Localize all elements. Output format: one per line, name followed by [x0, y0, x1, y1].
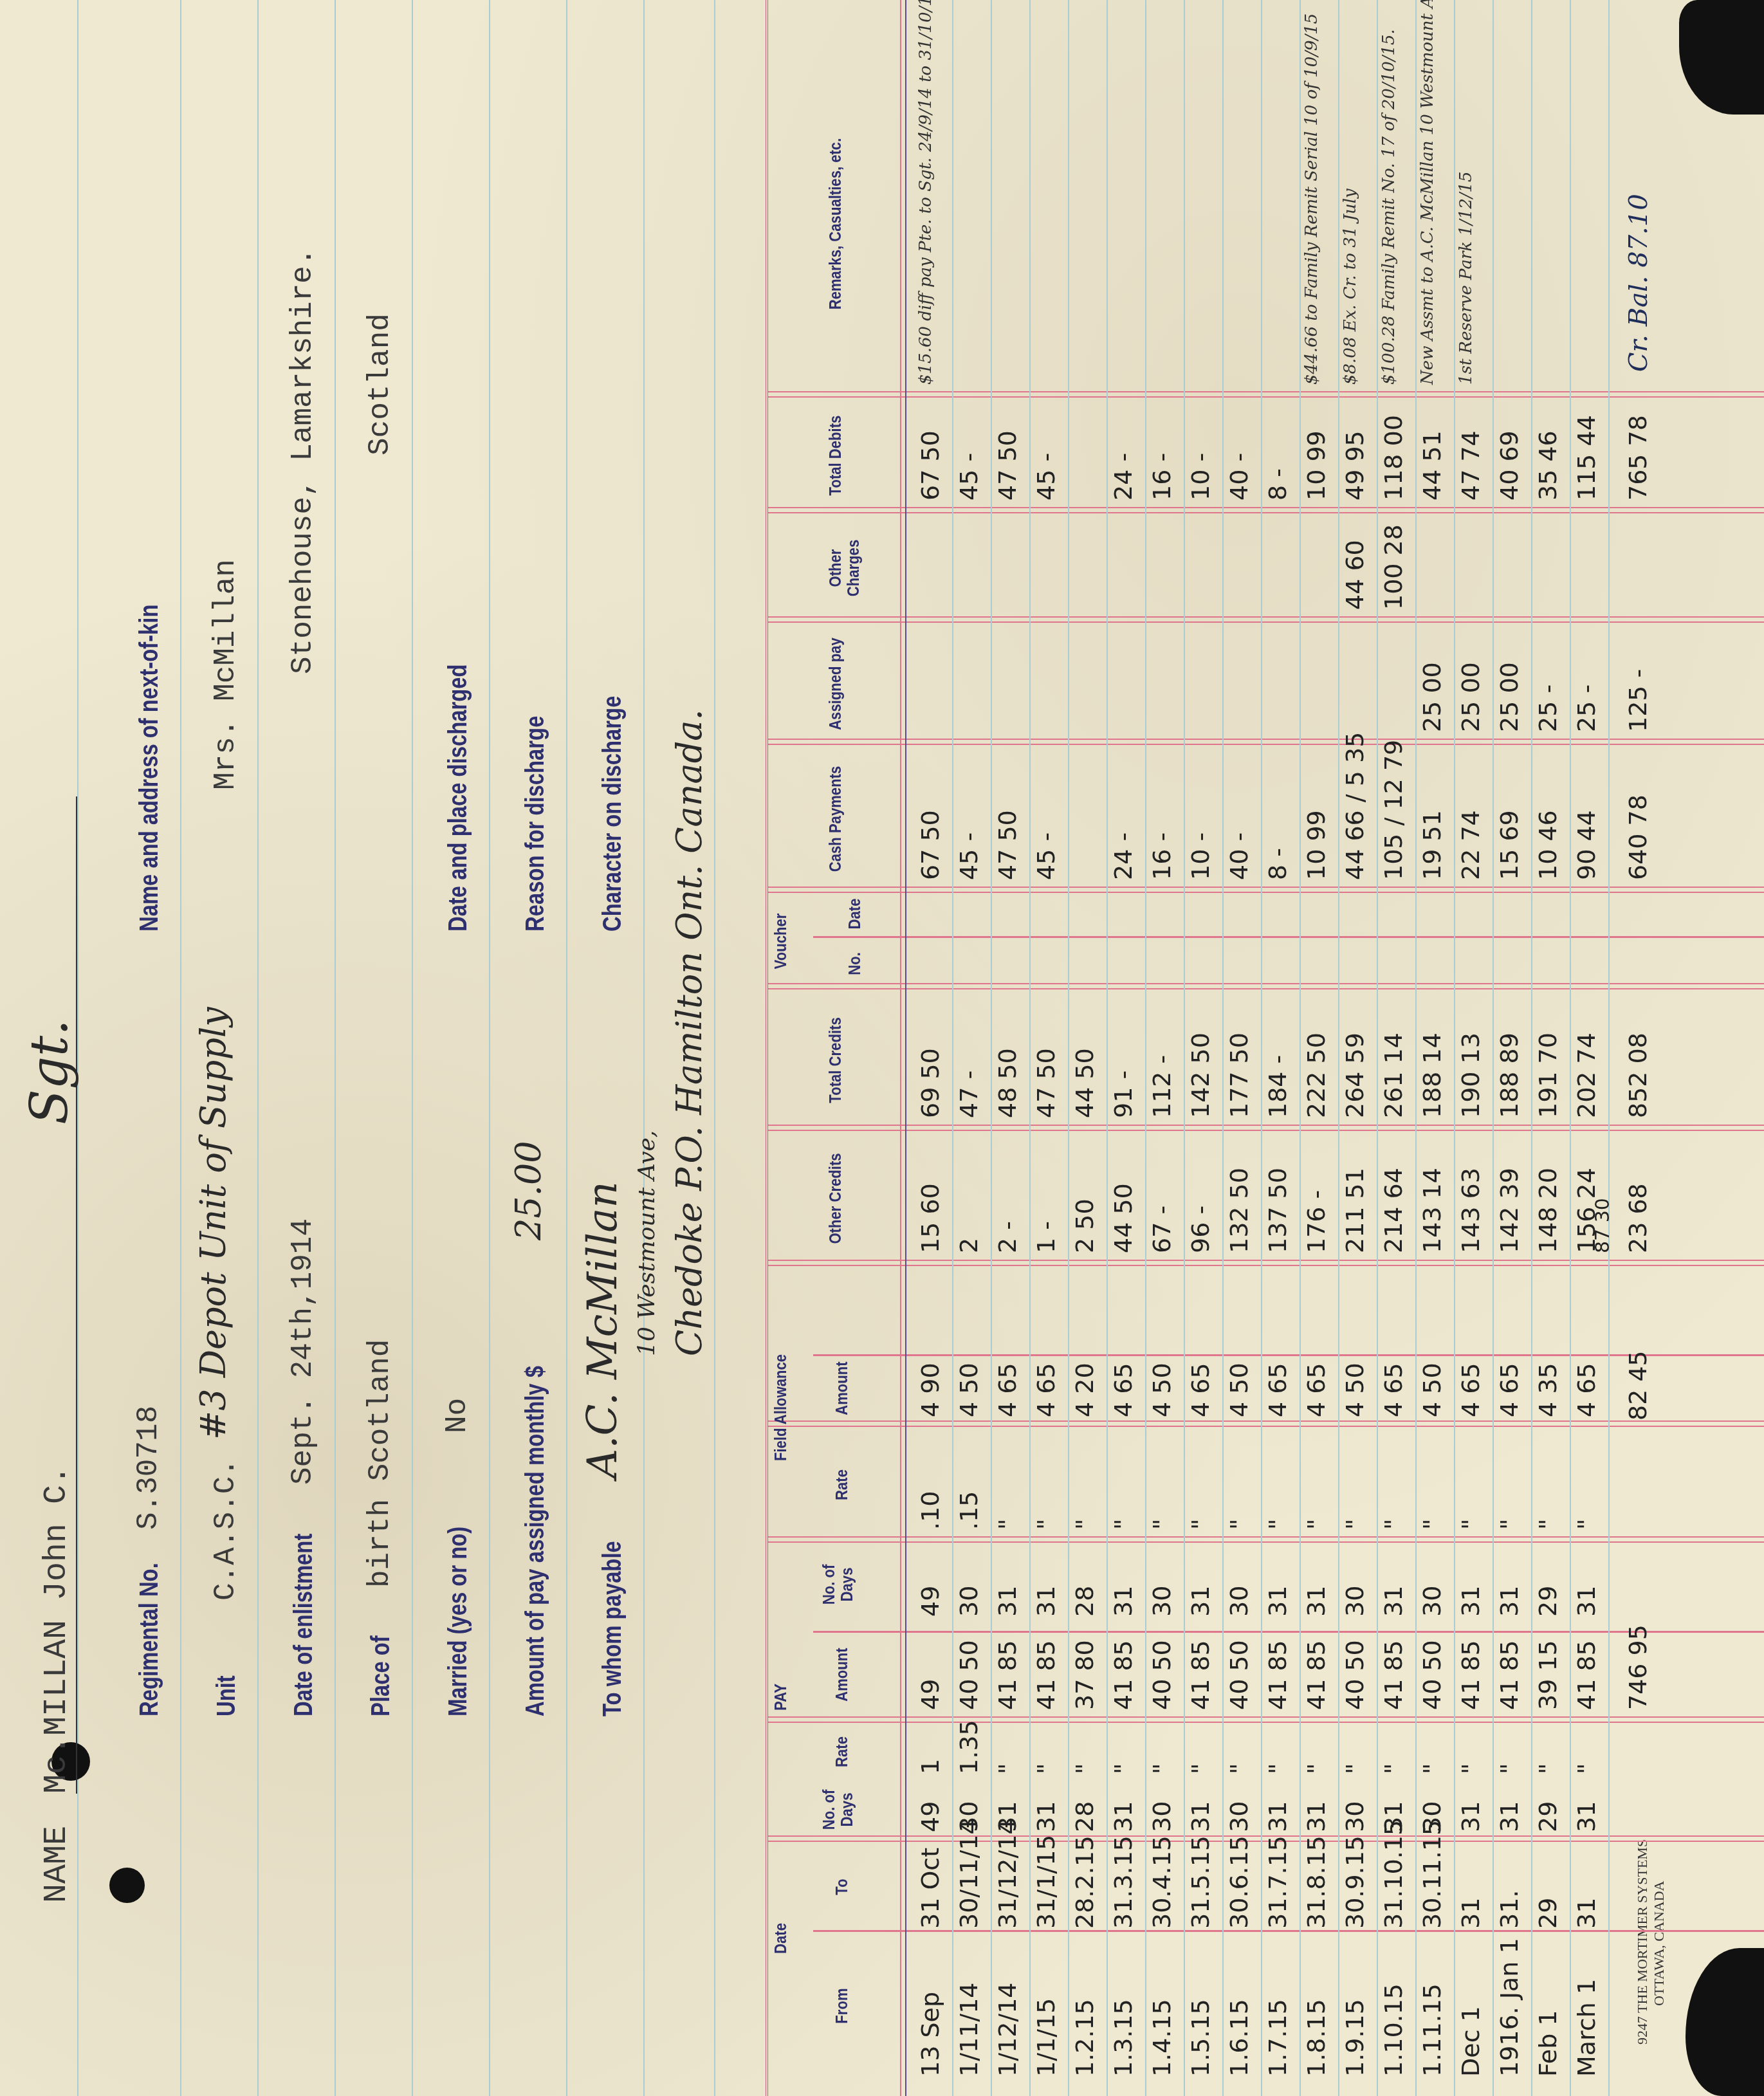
ledger-cell-fa-days: 30 [1148, 1586, 1176, 1617]
ledger-cell-pay-amount: 41 85 [1186, 1640, 1215, 1710]
payable-address: 10 Westmount Ave, [634, 1130, 660, 1356]
ledger-cell-pay-amount: 41 85 [1456, 1640, 1485, 1710]
balance-remark: Cr. Bal. 87.10 [1624, 194, 1653, 372]
ledger-cell-from: 1916. Jan 1 [1495, 1938, 1523, 2077]
ledger-cell-total-debits: 118 00 [1379, 415, 1408, 501]
ledger-cell-fa-amount: 4 65 [1456, 1363, 1485, 1417]
ledger-cell-total-debits: 35 46 [1534, 430, 1562, 501]
ledger-cell-other-credits: 214 64 [1379, 1168, 1408, 1253]
ledger-cell-other-credits: 142 39 [1495, 1168, 1523, 1253]
ledger-cell-pay-amount: 41 85 [1495, 1640, 1523, 1710]
rank-handwritten: Sgt. [19, 1019, 79, 1125]
ledger-cell-from: 1.10.15 [1379, 1983, 1408, 2077]
ledger-cell-other-credits: 211 51 [1341, 1168, 1369, 1253]
ledger-cell-fa-days: 30 [1341, 1586, 1369, 1617]
ledger-cell-pay-amount: 41 85 [1263, 1640, 1292, 1710]
ledger-cell-pay-days: 31 [1379, 1801, 1408, 1832]
ledger-cell-total-credits: 188 14 [1418, 1033, 1446, 1118]
ledger-cell-pay-amount: 41 85 [993, 1640, 1022, 1710]
ledger-cell-total-debits: 16 - [1148, 453, 1176, 501]
pay-ledger-table: Date PAY Field Allowance Voucher From To… [766, 0, 1764, 2096]
ledger-cell-fa-amount: 4 50 [1225, 1363, 1253, 1417]
ledger-cell-other-credits: 2 50 [1070, 1199, 1099, 1253]
ledger-cell-fa-amount: 4 65 [1032, 1363, 1060, 1417]
ledger-cell-pay-amount: 49 [916, 1679, 944, 1710]
name-label: NAME [39, 1826, 75, 1903]
ledger-cell-pay-days: 31 [1186, 1801, 1215, 1832]
ledger-cell-total-credits: 190 13 [1456, 1033, 1485, 1118]
ledger-cell-cash-payments: 47 50 [993, 810, 1022, 880]
ledger-cell-from: 1.8.15 [1302, 1999, 1330, 2077]
ledger-cell-total-credits: 112 - [1148, 1055, 1176, 1118]
ledger-cell-cash-payments: 10 - [1186, 832, 1215, 880]
ledger-cell-total-debits: 45 - [955, 453, 983, 501]
ledger-cell-total-credits: 261 14 [1379, 1033, 1408, 1118]
ledger-cell-to: 31.7.15 [1263, 1835, 1292, 1929]
ledger-cell-pay-amount: 40 50 [1418, 1640, 1446, 1710]
ledger-cell-fa-days: 31 [1572, 1586, 1601, 1617]
ledger-cell-other-credits: 137 50 [1263, 1168, 1292, 1253]
ledger-cell-pay-amount: 40 50 [1225, 1640, 1253, 1710]
ledger-cell-pay-rate: " [1263, 1763, 1292, 1774]
ledger-cell-other-credits: 15 60 [916, 1183, 944, 1253]
ledger-cell-from: 1.7.15 [1263, 1999, 1292, 2077]
ledger-cell-pay-rate: " [1225, 1763, 1253, 1774]
ledger-cell-other-credits: 176 - [1302, 1190, 1330, 1253]
ledger-cell-total-credits: 177 50 [1225, 1033, 1253, 1118]
ledger-cell-total-credits: 264 59 [1341, 1033, 1369, 1118]
ledger-cell-fa-amount: 4 65 [1495, 1363, 1523, 1417]
ledger-cell-to: 31/1/15 [1032, 1835, 1060, 1929]
ledger-cell-other-credits: 2 [955, 1238, 983, 1253]
ledger-cell-from: March 1 [1572, 1979, 1601, 2077]
ledger-cell-from: 1.11.15 [1418, 1983, 1446, 2077]
total-assigned-pay: 125 - [1624, 669, 1652, 732]
ledger-cell-other-charges: 100 28 [1379, 524, 1408, 610]
ledger-cell-total-credits: 222 50 [1302, 1033, 1330, 1118]
ledger-cell-from: 1.5.15 [1186, 1999, 1215, 2077]
ledger-cell-total-debits: 115 44 [1572, 415, 1601, 501]
total-other-credits: 23 68 [1624, 1183, 1652, 1253]
name-value: Mc.MILLAN John C. [39, 1466, 75, 1794]
ledger-cell-pay-days: 31 [1109, 1801, 1137, 1832]
ledger-cell-fa-days: 31 [1263, 1586, 1292, 1617]
ledger-cell-remarks: $100.28 Family Remit No. 17 of 20/10/15. [1379, 29, 1399, 385]
ledger-cell-cash-payments: 45 - [1032, 832, 1060, 880]
ledger-cell-pay-days: 28 [1070, 1801, 1099, 1832]
ledger-cell-pay-days: 31 [1456, 1801, 1485, 1832]
ledger-cell-other-credits: 2 - [993, 1221, 1022, 1253]
ledger-cell-assigned-pay: 25 - [1534, 685, 1562, 732]
ledger-cell-total-credits: 47 - [955, 1071, 983, 1118]
payable-label: To whom payable [598, 1541, 627, 1716]
ledger-cell-cash-payments: 105 / 12 79 [1379, 740, 1408, 880]
ledger-cell-total-debits: 47 50 [993, 430, 1022, 501]
ledger-cell-from: Dec 1 [1456, 2006, 1485, 2077]
ledger-cell-pay-rate: 1.35 [955, 1720, 983, 1774]
ledger-cell-fa-rate: .15 [955, 1491, 983, 1530]
ledger-cell-total-credits: 48 50 [993, 1048, 1022, 1118]
ledger-cell-other-credits: 148 20 [1534, 1168, 1562, 1253]
ledger-cell-assigned-pay: 25 00 [1456, 662, 1485, 732]
ledger-cell-pay-amount: 41 85 [1572, 1640, 1601, 1710]
ledger-cell-from: 1/1/15 [1032, 1998, 1060, 2077]
rule [566, 0, 567, 2096]
assigned-pay-label: Amount of pay assigned monthly $ [521, 1366, 550, 1716]
ledger-cell-pay-days: 49 [916, 1801, 944, 1832]
ledger-cell-fa-days: 31 [1379, 1586, 1408, 1617]
ledger-cell-total-debits: 8 - [1263, 468, 1292, 501]
ledger-cell-fa-rate: " [1534, 1519, 1562, 1530]
ledger-cell-fa-rate: " [1225, 1519, 1253, 1530]
ledger-cell-fa-days: 28 [1070, 1586, 1099, 1617]
discharge-character-label: Character on discharge [598, 696, 627, 932]
ledger-cell-fa-rate: " [1302, 1519, 1330, 1530]
rule [257, 0, 259, 2096]
ledger-cell-total-debits: 24 - [1109, 453, 1137, 501]
ledger-cell-fa-days: 31 [1186, 1586, 1215, 1617]
ledger-cell-pay-rate: " [1495, 1763, 1523, 1774]
ledger-cell-cash-payments: 8 - [1263, 848, 1292, 880]
regimental-no-value: S.30718 [132, 1406, 165, 1530]
ledger-cell-to: 30/11/14 [955, 1819, 983, 1929]
next-of-kin-name: Mrs. McMillan [209, 559, 243, 790]
ledger-cell-fa-days: 30 [1418, 1586, 1446, 1617]
ledger-cell-fa-rate: " [1572, 1519, 1601, 1530]
ledger-cell-fa-days: 31 [1456, 1586, 1485, 1617]
ledger-cell-fa-amount: 4 50 [1341, 1363, 1369, 1417]
ledger-cell-to: 31/12/14 [993, 1819, 1022, 1929]
ledger-cell-fa-amount: 4 65 [993, 1363, 1022, 1417]
ledger-cell-pay-days: 31 [1302, 1801, 1330, 1832]
assigned-pay-value: 25.00 [508, 1141, 549, 1240]
ledger-cell-remarks: 1st Reserve Park 1/12/15 [1456, 171, 1476, 385]
ledger-cell-fa-rate: " [993, 1519, 1022, 1530]
ledger-cell-total-debits: 45 - [1032, 453, 1060, 501]
ledger-cell-remarks: $15.60 diff pay Pte. to Sgt. 24/9/14 to … [916, 0, 935, 385]
ledger-cell-from: 1.2.15 [1070, 1999, 1099, 2077]
ledger-cell-to: 31 [1456, 1898, 1485, 1929]
ledger-cell-pay-rate: " [1302, 1763, 1330, 1774]
ledger-cell-from: 1.3.15 [1109, 1999, 1137, 2077]
ledger-cell-fa-days: 31 [1109, 1586, 1137, 1617]
ledger-cell-pay-amount: 40 50 [1341, 1640, 1369, 1710]
enlistment-value: Sept. 24th,1914 [286, 1218, 320, 1485]
ledger-cell-from: 1.9.15 [1341, 1999, 1369, 2077]
ledger-cell-pay-days: 30 [955, 1801, 983, 1832]
ledger-cell-fa-rate: " [1070, 1519, 1099, 1530]
ledger-cell-to: 31. [1495, 1890, 1523, 1929]
ledger-cell-pay-amount: 41 85 [1379, 1640, 1408, 1710]
ledger-cell-to: 30.9.15 [1341, 1835, 1369, 1929]
ledger-cell-fa-rate: .10 [916, 1491, 944, 1530]
ledger-cell-pay-days: 31 [1263, 1801, 1292, 1832]
ledger-cell-to: 30.11.15 [1418, 1820, 1446, 1929]
ledger-cell-to: 28.2.15 [1070, 1835, 1099, 1929]
ledger-cell-other-charges: 44 60 [1341, 540, 1369, 610]
ledger-cell-pay-days: 31 [1032, 1801, 1060, 1832]
rule [643, 0, 645, 2096]
ledger-cell-pay-amount: 41 85 [1032, 1640, 1060, 1710]
unit-value: C.A.S.C. [209, 1458, 243, 1601]
ledger-cell-fa-rate: " [1148, 1519, 1176, 1530]
ledger-cell-fa-days: 30 [1225, 1586, 1253, 1617]
ledger-cell-fa-amount: 4 50 [1418, 1363, 1446, 1417]
ledger-cell-cash-payments: 90 44 [1572, 810, 1601, 880]
enlistment-label: Date of enlistment [289, 1534, 318, 1716]
ledger-cell-pay-amount: 37 80 [1070, 1640, 1099, 1710]
ledger-cell-to: 31.3.15 [1109, 1835, 1137, 1929]
ledger-cell-pay-days: 30 [1148, 1801, 1176, 1832]
ledger-cell-to: 31.5.15 [1186, 1835, 1215, 1929]
ledger-cell-to: 31 Oct [916, 1848, 944, 1929]
ledger-cell-assigned-pay: 25 - [1572, 685, 1601, 732]
ledger-cell-to: 30.6.15 [1225, 1835, 1253, 1929]
ledger-cell-other-credits: 44 50 [1109, 1183, 1137, 1253]
total-fa: 82 45 [1624, 1350, 1652, 1420]
ledger-cell-pay-rate: " [1070, 1763, 1099, 1774]
ledger-cell-fa-rate: " [1109, 1519, 1137, 1530]
ledger-cell-cash-payments: 24 - [1109, 832, 1137, 880]
ledger-cell-fa-rate: " [1379, 1519, 1408, 1530]
ledger-cell-assigned-pay: 25 00 [1495, 662, 1523, 732]
next-of-kin-country: Scotland [363, 313, 397, 455]
ledger-cell-to: 31.8.15 [1302, 1835, 1330, 1929]
total-credits: 852 08 [1624, 1033, 1652, 1118]
pay-ledger-sheet: 9247 THE MORTIMER SYSTEMS OTTAWA, CANADA… [0, 0, 1764, 2096]
total-cash-payments: 640 78 [1624, 795, 1652, 880]
ledger-cell-to: 31.10.15 [1379, 1820, 1408, 1929]
birthplace-label: Place of [367, 1635, 396, 1716]
ledger-cell-cash-payments: 22 74 [1456, 810, 1485, 880]
ledger-cell-fa-amount: 4 65 [1379, 1363, 1408, 1417]
ledger-cell-remarks: $8.08 Ex. Cr. to 31 July [1341, 188, 1360, 385]
ledger-cell-total-debits: 49 95 [1341, 430, 1369, 501]
rule [714, 0, 715, 2096]
header-voucher: Voucher [771, 900, 789, 982]
ledger-cell-total-credits: 202 74 [1572, 1033, 1601, 1118]
ledger-cell-total-debits: 10 - [1186, 453, 1215, 501]
ledger-cell-fa-rate: " [1186, 1519, 1215, 1530]
rule [335, 0, 336, 2096]
unit-handwritten: #3 Depot Unit of Supply [193, 1007, 234, 1440]
ledger-cell-pay-days: 31 [993, 1801, 1022, 1832]
rule [412, 0, 413, 2096]
rule [180, 0, 181, 2096]
ledger-cell-pay-rate: " [993, 1763, 1022, 1774]
ledger-cell-remarks: New Assmt to A.C. McMillan 10 Westmount … [1418, 0, 1437, 385]
ledger-cell-pay-days: 30 [1341, 1801, 1369, 1832]
ledger-cell-fa-days: 31 [1302, 1586, 1330, 1617]
ledger-cell-fa-amount: 4 50 [1148, 1363, 1176, 1417]
ledger-cell-fa-amount: 4 20 [1070, 1363, 1099, 1417]
ledger-cell-total-debits: 47 74 [1456, 430, 1485, 501]
ledger-cell-pay-rate: " [1456, 1763, 1485, 1774]
ledger-cell-fa-days: 31 [1495, 1586, 1523, 1617]
rule [489, 0, 490, 2096]
ledger-cell-pay-days: 31 [1572, 1801, 1601, 1832]
ledger-cell-cash-payments: 16 - [1148, 832, 1176, 880]
ledger-cell-fa-rate: " [1418, 1519, 1446, 1530]
ledger-cell-cash-payments: 40 - [1225, 832, 1253, 880]
name-underline [76, 796, 77, 1794]
ledger-cell-other-credits: 132 50 [1225, 1168, 1253, 1253]
ledger-cell-pay-amount: 40 50 [1148, 1640, 1176, 1710]
header-field-allowance: Field Allowance [771, 1304, 789, 1512]
ledger-cell-from: Feb 1 [1534, 2010, 1562, 2077]
ledger-cell-from: 1/11/14 [955, 1983, 983, 2077]
discharge-date-label: Date and place discharged [444, 664, 473, 932]
ledger-cell-from: 1.6.15 [1225, 1999, 1253, 2077]
ledger-cell-total-debits: 10 99 [1302, 430, 1330, 501]
ledger-cell-fa-days: 31 [1032, 1586, 1060, 1617]
ledger-cell-other-credits: 1 - [1032, 1221, 1060, 1253]
ledger-cell-pay-amount: 39 15 [1534, 1640, 1562, 1710]
ledger-cell-from: 1.4.15 [1148, 1999, 1176, 2077]
next-of-kin-address: Stonehouse, Lamarkshire. [286, 248, 320, 674]
payable-address-city: Chedoke P.O. Hamilton Ont. Canada. [669, 709, 710, 1356]
ledger-cell-pay-rate: " [1148, 1763, 1176, 1774]
regimental-no-label: Regimental No. [135, 1563, 164, 1716]
ledger-cell-pay-rate: " [1379, 1763, 1408, 1774]
ledger-cell-other-credits: 67 - [1148, 1206, 1176, 1253]
ledger-cell-total-credits: 44 50 [1070, 1048, 1099, 1118]
ledger-cell-fa-amount: 4 90 [916, 1363, 944, 1417]
ledger-cell-cash-payments: 67 50 [916, 810, 944, 880]
ledger-cell-fa-days: 29 [1534, 1586, 1562, 1617]
ledger-cell-pay-rate: " [1032, 1763, 1060, 1774]
ledger-cell-pay-days: 31 [1495, 1801, 1523, 1832]
ledger-cell-total-debits: 40 69 [1495, 430, 1523, 501]
ledger-cell-total-credits: 91 - [1109, 1071, 1137, 1118]
married-label: Married (yes or no) [444, 1527, 473, 1716]
ledger-cell-cash-payments: 44 66 / 5 35 [1341, 732, 1369, 880]
ledger-cell-pay-amount: 41 85 [1302, 1640, 1330, 1710]
ledger-cell-other-credits: 96 - [1186, 1206, 1215, 1253]
ledger-cell-cash-payments: 10 99 [1302, 810, 1330, 880]
ledger-cell-pay-rate: " [1418, 1763, 1446, 1774]
ledger-cell-fa-days: 49 [916, 1586, 944, 1617]
ledger-cell-fa-days: 31 [993, 1586, 1022, 1617]
ledger-cell-pay-amount: 41 85 [1109, 1640, 1137, 1710]
ledger-cell-total-debits: 40 - [1225, 453, 1253, 501]
ledger-cell-fa-rate: " [1032, 1519, 1060, 1530]
ledger-cell-total-credits: 69 50 [916, 1048, 944, 1118]
ledger-cell-total-debits: 67 50 [916, 430, 944, 501]
ledger-cell-fa-amount: 4 65 [1572, 1363, 1601, 1417]
ledger-cell-pay-rate: " [1109, 1763, 1137, 1774]
ledger-cell-assigned-pay: 25 00 [1418, 662, 1446, 732]
ledger-cell-cash-payments: 45 - [955, 832, 983, 880]
ledger-cell-from: 1/12/14 [993, 1983, 1022, 2077]
ledger-cell-total-credits: 191 70 [1534, 1033, 1562, 1118]
total-pay: 746 95 [1624, 1624, 1652, 1710]
ledger-cell-total-credits: 184 - [1263, 1055, 1292, 1118]
other-credits-extra: 87 30 [1592, 1198, 1614, 1253]
ledger-cell-cash-payments: 15 69 [1495, 810, 1523, 880]
ledger-cell-total-credits: 188 89 [1495, 1033, 1523, 1118]
ledger-cell-pay-rate: 1 [916, 1759, 944, 1774]
ledger-cell-pay-days: 29 [1534, 1801, 1562, 1832]
ledger-cell-from: 13 Sep [916, 1992, 944, 2077]
ledger-cell-fa-rate: " [1495, 1519, 1523, 1530]
total-debits: 765 78 [1624, 415, 1652, 501]
punch-hole [109, 1868, 145, 1903]
ledger-cell-pay-days: 30 [1418, 1801, 1446, 1832]
ledger-cell-pay-rate: " [1186, 1763, 1215, 1774]
ledger-cell-cash-payments: 19 51 [1418, 810, 1446, 880]
ledger-cell-other-credits: 143 63 [1456, 1168, 1485, 1253]
ledger-cell-fa-amount: 4 35 [1534, 1363, 1562, 1417]
ledger-cell-fa-days: 30 [955, 1586, 983, 1617]
ledger-cell-fa-amount: 4 65 [1263, 1363, 1292, 1417]
ledger-cell-to: 31 [1572, 1898, 1601, 1929]
ledger-cell-fa-amount: 4 65 [1302, 1363, 1330, 1417]
ledger-cell-remarks: $44.66 to Family Remit Serial 10 of 10/9… [1302, 14, 1321, 385]
ledger-cell-total-credits: 142 50 [1186, 1033, 1215, 1118]
ledger-cell-pay-rate: " [1341, 1763, 1369, 1774]
ledger-cell-to: 29 [1534, 1898, 1562, 1929]
header-pay: PAY [771, 1588, 789, 1806]
discharge-reason-label: Reason for discharge [521, 716, 550, 932]
payable-name: A.C. McMillan [579, 1181, 627, 1478]
ledger-cell-pay-rate: " [1534, 1763, 1562, 1774]
ledger-cell-total-debits: 44 51 [1418, 430, 1446, 501]
ledger-cell-to: 30.4.15 [1148, 1835, 1176, 1929]
ledger-cell-fa-rate: " [1341, 1519, 1369, 1530]
ledger-cell-total-credits: 47 50 [1032, 1048, 1060, 1118]
ledger-cell-cash-payments: 10 46 [1534, 810, 1562, 880]
ledger-cell-other-credits: 143 14 [1418, 1168, 1446, 1253]
next-of-kin-label: Name and address of next-of-kin [135, 604, 164, 932]
ledger-cell-fa-amount: 4 65 [1109, 1363, 1137, 1417]
ledger-cell-pay-days: 30 [1225, 1801, 1253, 1832]
ledger-cell-fa-rate: " [1456, 1519, 1485, 1530]
birthplace-value: birth Scotland [363, 1339, 397, 1588]
ledger-cell-pay-rate: " [1572, 1763, 1601, 1774]
unit-label: Unit [212, 1675, 241, 1716]
married-value: No [441, 1398, 474, 1433]
ledger-cell-fa-amount: 4 50 [955, 1363, 983, 1417]
ledger-cell-fa-amount: 4 65 [1186, 1363, 1215, 1417]
header-date: Date [771, 1870, 789, 2007]
ledger-cell-fa-rate: " [1263, 1519, 1292, 1530]
ledger-cell-pay-amount: 40 50 [955, 1640, 983, 1710]
